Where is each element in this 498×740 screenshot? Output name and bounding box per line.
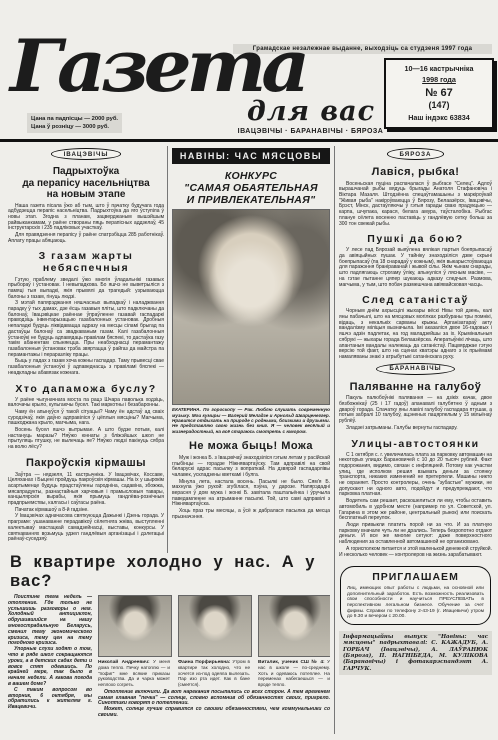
column-divider-right	[334, 146, 335, 734]
article-headline: След сатаністаў	[339, 294, 492, 306]
column-local-news: НАВІНЫ: ЧАС МЯСЦОВЫ КОНКУРС "САМАЯ ОБАЯТ…	[172, 146, 330, 553]
article-headline: Улицы-автостоянки	[339, 438, 492, 450]
article-body: С 1 октября с. г. увеличилась плата за п…	[339, 453, 492, 559]
region-badge-byaroza: БЯРОЗА	[387, 148, 445, 160]
article-paragraph: С 1 октября с. г. увеличилась плата за п…	[339, 453, 492, 499]
article-paragraph: Пакуль палюбоўнікі палявання — на дзікіх…	[339, 396, 492, 425]
article-paragraph: Быць у ладах з газам хоча кожны гаспадар…	[8, 359, 164, 376]
issue-credits: Інфармацыйны выпуск "Навіны: час мясцовы…	[339, 631, 492, 675]
article-headline: Лавіся, рыбка!	[339, 166, 492, 179]
newspaper-subtitle: для вас	[226, 96, 396, 127]
price-box: Цана па падпісцы — 2000 руб. Цана ў розн…	[27, 113, 122, 133]
article-paragraph: У раёне чыгуначнага моста па рацэ Шчара …	[8, 398, 164, 409]
article-paragraph: А горисполком питается и этой маленькой …	[339, 547, 492, 558]
contest-photo-caption: ЕКАТЕРИНА. По гороскопу — Рак. Люблю слу…	[172, 407, 330, 434]
article-paragraph: Для правядзення перапісу ў раёне спатрэб…	[8, 233, 164, 244]
article-paragraph: Водитель сам решает, раскошелиться ли ем…	[339, 499, 492, 522]
news-section-badge: НАВІНЫ: ЧАС МЯСЦОВЫ	[172, 148, 330, 164]
article-body: У раёне чыгуначнага моста па рацэ Шчара …	[8, 398, 164, 451]
caption-name: Виталик, ученик СШ № 4:	[258, 660, 325, 665]
article-paragraph: Может, солнце лучше справится со своими …	[98, 707, 330, 718]
ad-title: ПРИГЛАШАЕМ	[347, 571, 484, 583]
article-paragraph: Чорным днём ахрысцілі жыхары вёскі Нівы …	[339, 309, 492, 360]
article-paragraph: Поистине тема недель — отопление. Где то…	[8, 595, 92, 647]
article-paragraph: Гэтую праблему зведалі ўжо многія ўладал…	[8, 278, 164, 301]
newspaper-front-page: Грамадскае незалежнае выданне, выходзіць…	[0, 0, 498, 740]
region-badge-ivatsevichy: ІВАЦЭВІЧЫ	[51, 148, 122, 160]
article-body: Восеньская пуціна распачалася ў рыбгасе …	[339, 182, 492, 228]
newspaper-title: Газета	[10, 30, 419, 102]
column-ivatsevichy: ІВАЦЭВІЧЫ Падрыхтоўка да перапісу насель…	[8, 146, 164, 553]
article-body: Чорным днём ахрысцілі жыхары вёскі Нівы …	[339, 309, 492, 360]
article-paragraph: Чаму ён апынуўся ў такой сітуацыі? Чаму …	[8, 410, 164, 427]
article-paragraph: Восеньская пуціна распачалася ў рыбгасе …	[339, 182, 492, 228]
article-headline: Паляванне на галубоў	[339, 381, 492, 394]
article-body: Заўтра — нядзеля, 11 кастрычніка. У Івац…	[8, 473, 164, 543]
issue-year: 1998 года	[388, 75, 490, 84]
article-intro: Поистине тема недель — отопление. Где то…	[8, 595, 92, 719]
article-paragraph: Зладзеі затрыманы. Галубы вернуты гаспад…	[339, 426, 492, 432]
column-divider-left	[167, 146, 168, 553]
photo-faina	[178, 595, 252, 657]
price-subscription: Цана па падпісцы — 2000 руб.	[31, 115, 118, 123]
region-badge-baranavichy: БАРАНАВІЧЫ	[376, 363, 454, 375]
article-cold-apartments: В квартире холодно у нас. А у вас? Поист…	[8, 553, 330, 735]
price-retail: Цана ў розніцу — 3000 руб.	[31, 123, 118, 131]
article-headline: Пакроўскія кірмашы	[8, 457, 164, 470]
vox-pop-item: Виталик, ученик СШ № 4: У нас в школе — …	[258, 595, 330, 687]
column-byaroza-baranavichy: БЯРОЗА Лавіся, рыбка! Восеньская пуціна …	[339, 146, 492, 734]
article-headline: Падрыхтоўка да перапісу насельніцтва на …	[8, 166, 164, 201]
vox-pop-photos: Николай Андреевич: У меня дома тепло. Пе…	[98, 595, 330, 719]
article-body: У лесе пад Бярозай выяўлена вялікая парт…	[339, 248, 492, 288]
caption-name: Николай Андреевич:	[98, 660, 150, 665]
article-paragraph: У лесе пад Бярозай выяўлена вялікая парт…	[339, 248, 492, 288]
issue-box: 10—16 кастрычніка 1998 года № 67 (147) Н…	[384, 58, 494, 129]
article-paragraph: Хоць праз тры месяцы, а ўсё ж дабралася …	[172, 509, 330, 520]
article-paragraph: С таким вопросом во вторник, 6 октября, …	[8, 688, 92, 711]
caption-name: Фаина Порфирьевна:	[178, 660, 230, 665]
contest-headline: КОНКУРС "САМАЯ ОБАЯТЕЛЬНАЯ И ПРИВЛЕКАТЕЛ…	[172, 170, 330, 206]
photo-nikolai	[98, 595, 172, 657]
article-paragraph: Муж і жонка Б. з Івацэвічаў знаходзіліся…	[172, 456, 330, 479]
article-headline: Хто дапаможа буслу?	[8, 383, 164, 395]
article-body: Наша газета пісала ўжо аб тым, што ў пач…	[8, 204, 164, 245]
article-paragraph: Отопление включили. Да вот нарекания пос…	[98, 690, 330, 707]
header-divider	[0, 139, 498, 142]
article-paragraph: Люди привыкли платить порой ни за что. И…	[339, 523, 492, 546]
article-paragraph: З мэтай папярэджання няшчасных выпадкаў …	[8, 301, 164, 358]
article-paragraph: Упорные слухи ходят о том, что в ряде шк…	[8, 647, 92, 688]
article-paragraph: Наша газета пісала ўжо аб тым, што ў пач…	[8, 204, 164, 233]
article-body: Пакуль палюбоўнікі палявання — на дзікіх…	[339, 396, 492, 431]
issue-number-total: (147)	[388, 100, 490, 110]
masthead-cities: ІВАЦЭВІЧЫ · БАРАНАВІЧЫ · БЯРОЗА	[218, 128, 403, 135]
article-outro: Отопление включили. Да вот нарекания пос…	[98, 690, 330, 719]
issue-index: Наш індэкс 63834	[388, 113, 490, 122]
article-headline: З газам жарты небяспечныя	[8, 250, 164, 274]
issue-dates: 10—16 кастрычніка	[388, 64, 490, 73]
photo-vitalik	[258, 595, 330, 657]
issue-number: № 67	[388, 87, 490, 99]
article-headline: Пушкі да бою?	[339, 233, 492, 245]
vox-pop-item: Фаина Порфирьевна: Утром в квартире так …	[178, 595, 250, 687]
article-paragraph: У Івацэвічах адначасова святкуюцца Дажын…	[8, 514, 164, 543]
vox-pop-item: Николай Андреевич: У меня дома тепло. Пе…	[98, 595, 170, 687]
article-paragraph: Восень бусел яшчэ вытрымае. А што будзе …	[8, 428, 164, 451]
article-paragraph: Заўтра — нядзеля, 11 кастрычніка. У Івац…	[8, 473, 164, 507]
ad-body: Лиц, имеющих опыт работы с людьми, на ос…	[347, 586, 484, 620]
article-headline: В квартире холодно у нас. А у вас?	[10, 553, 330, 591]
article-headline: Не можа быць! Можа	[172, 440, 330, 453]
article-body: Муж і жонка Б. з Івацэвічаў знаходзіліся…	[172, 456, 330, 521]
contest-girl-photo	[172, 209, 330, 405]
article-paragraph: Мінула лета, настала восень. Пасылкі не …	[172, 480, 330, 509]
article-body: Гэтую праблему зведалі ўжо многія ўладал…	[8, 278, 164, 377]
invitation-ad-box: ПРИГЛАШАЕМ Лиц, имеющих опыт работы с лю…	[340, 566, 491, 625]
